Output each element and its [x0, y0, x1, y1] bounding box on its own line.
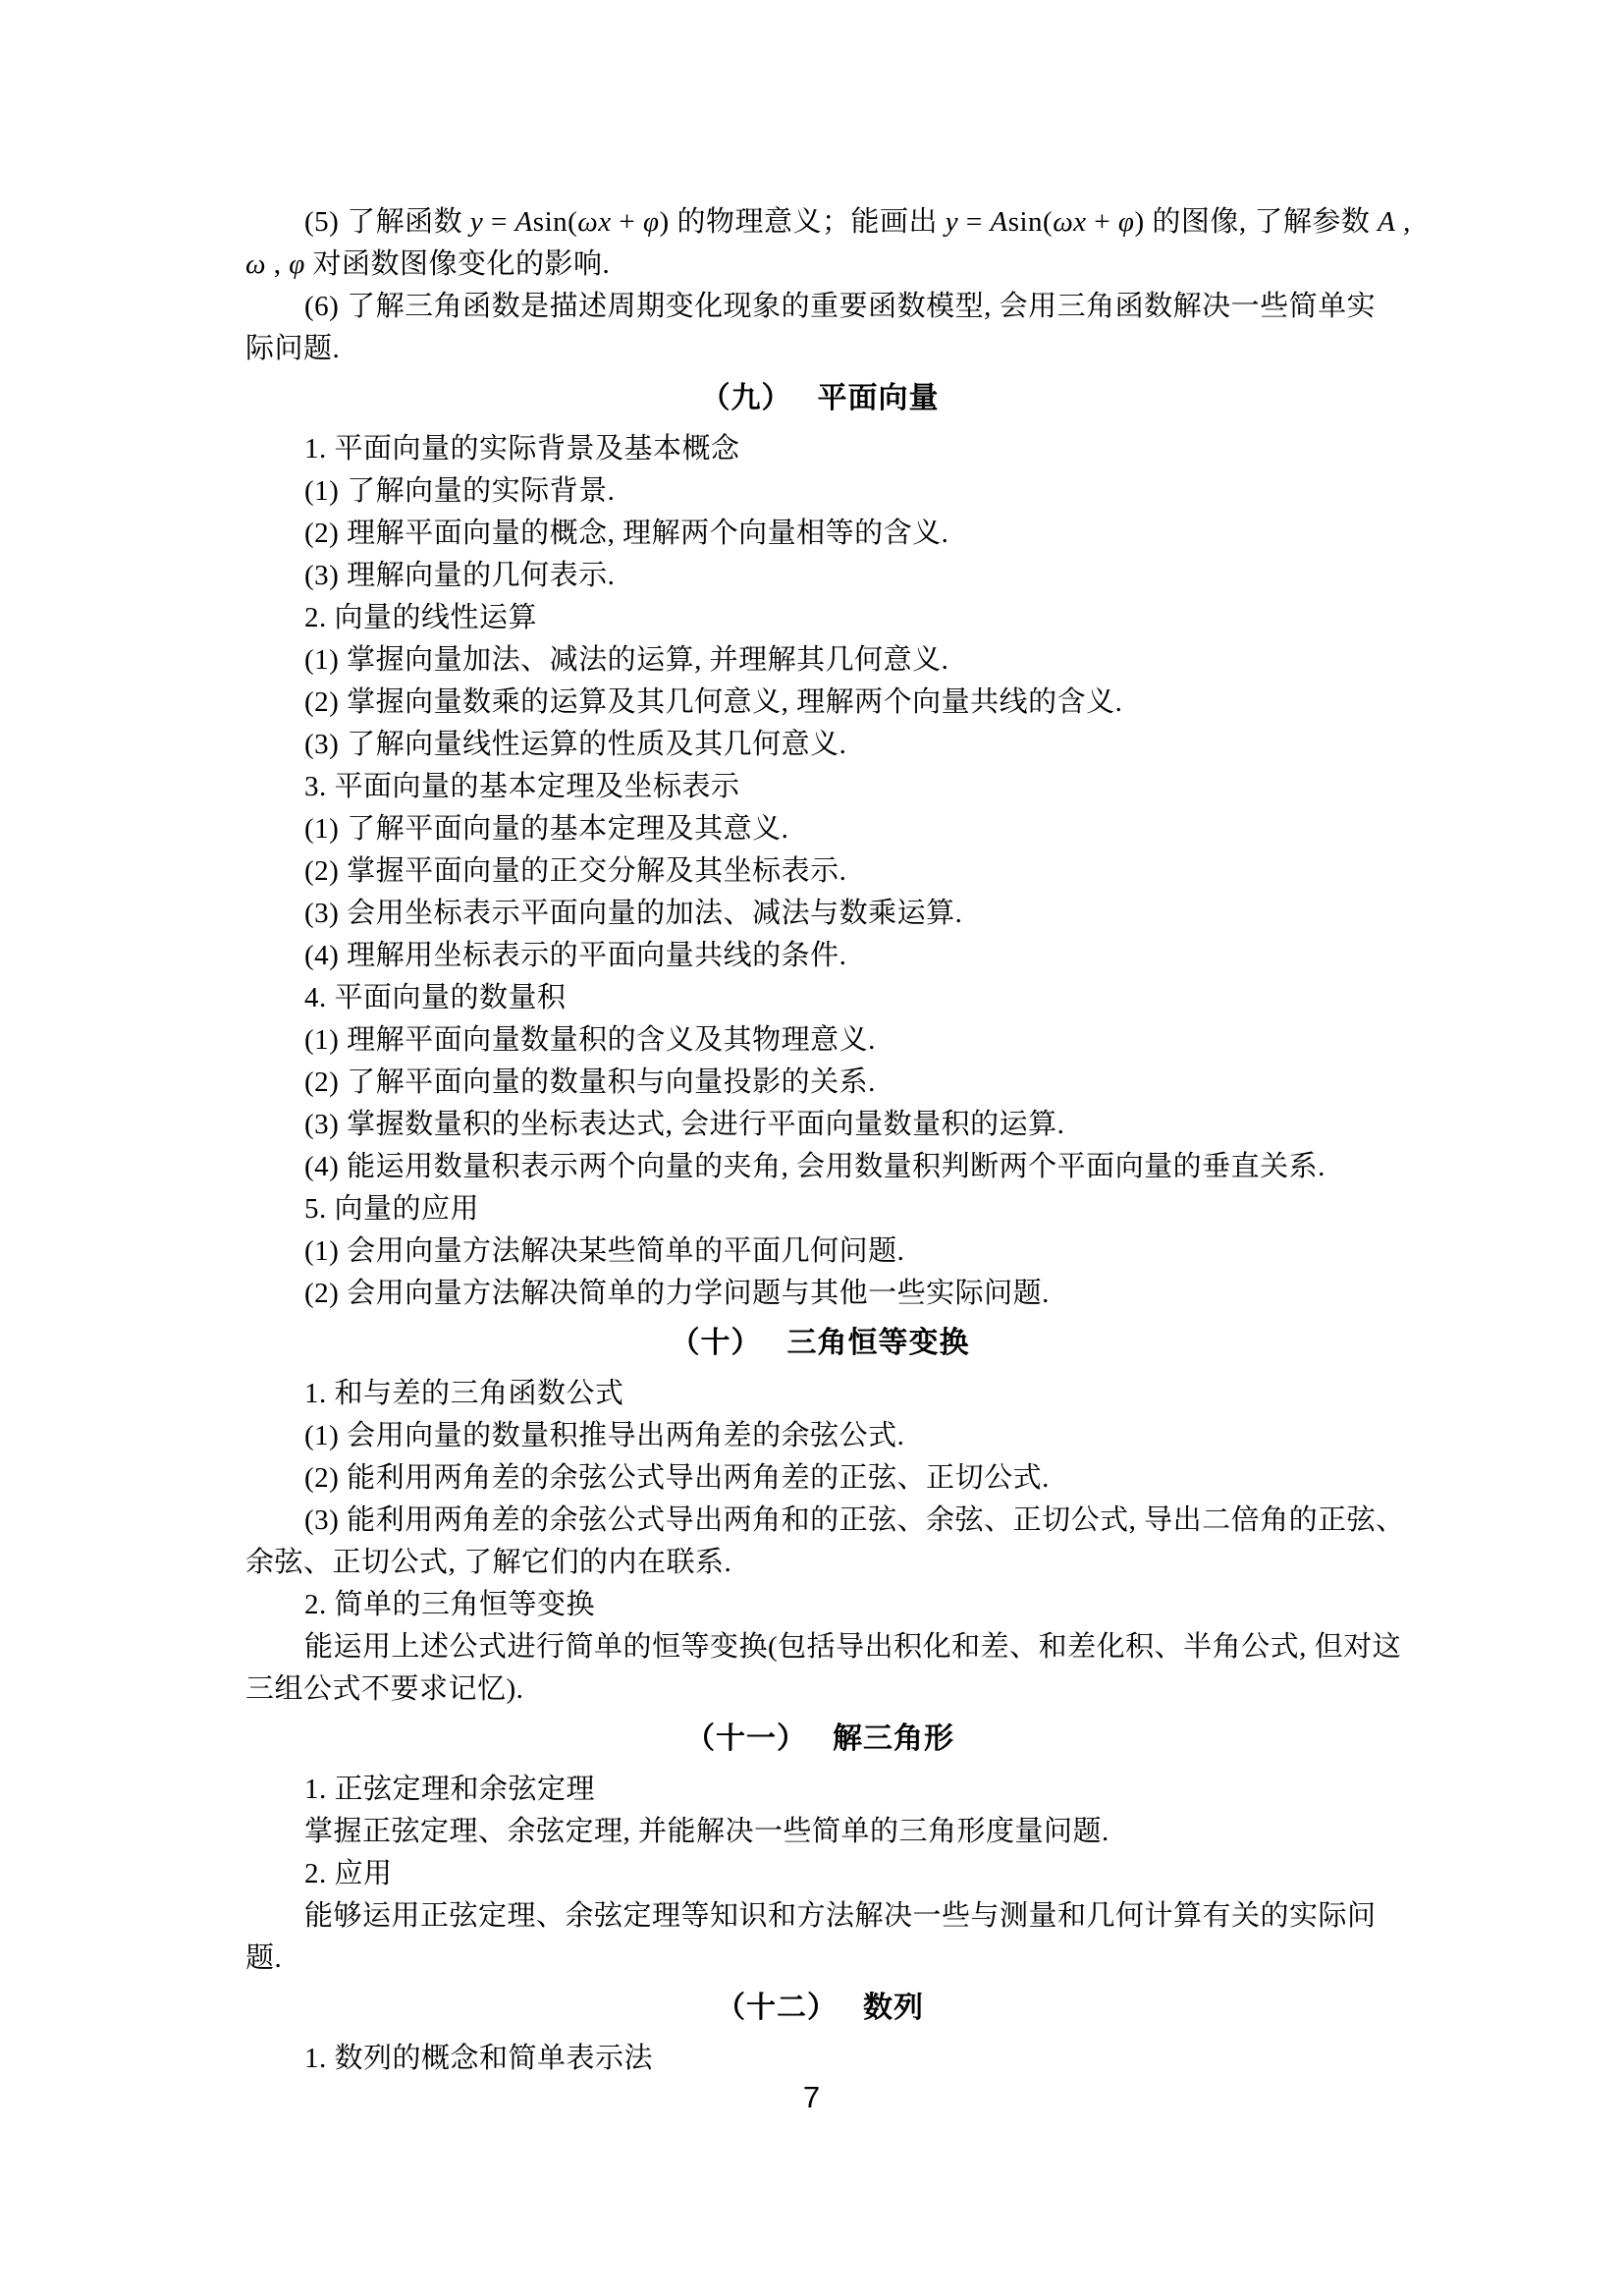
text-line: 2. 简单的三角恒等变换	[245, 1584, 1394, 1626]
math-run: ωx	[1053, 206, 1086, 238]
text-line: 际问题.	[245, 328, 1394, 370]
text-run: 对函数图像变化的影响.	[305, 248, 611, 280]
text-line: (1) 会用向量方法解决某些简单的平面几何问题.	[245, 1230, 1394, 1273]
text-line: 能够运用正弦定理、余弦定理等知识和方法解决一些与测量和几何计算有关的实际问	[245, 1895, 1394, 1938]
text-line: 3. 平面向量的基本定理及坐标表示	[245, 766, 1394, 808]
text-line: (1) 理解平面向量数量积的含义及其物理意义.	[245, 1019, 1394, 1062]
section-title: 三角恒等变换	[787, 1327, 970, 1359]
document-page: (5) 了解函数 y = Asin(ωx + φ) 的物理意义；能画出 y = …	[0, 0, 1623, 2296]
section-heading: （九）平面向量	[245, 377, 1394, 419]
math-run: sin(	[1008, 206, 1054, 238]
text-line: (1) 会用向量的数量积推导出两角差的余弦公式.	[245, 1415, 1394, 1457]
text-line: (1) 掌握向量加法、减法的运算, 并理解其几何意义.	[245, 639, 1394, 682]
text-line: 2. 应用	[245, 1853, 1394, 1895]
text-line: (2) 理解平面向量的概念, 理解两个向量相等的含义.	[245, 513, 1394, 555]
page-number: 7	[0, 2080, 1623, 2115]
text-line: (4) 能运用数量积表示两个向量的夹角, 会用数量积判断两个平面向量的垂直关系.	[245, 1146, 1394, 1188]
text-line: 掌握正弦定理、余弦定理, 并能解决一些简单的三角形度量问题.	[245, 1811, 1394, 1853]
section-number: （十）	[671, 1327, 762, 1359]
math-run: ω	[245, 248, 266, 280]
text-run: 的物理意义；能画出	[676, 206, 945, 238]
math-run: φ	[643, 206, 660, 238]
math-run: φ	[289, 248, 305, 280]
math-run: =	[483, 206, 514, 238]
text-line: (2) 掌握平面向量的正交分解及其坐标表示.	[245, 850, 1394, 893]
text-line: 1. 正弦定理和余弦定理	[245, 1769, 1394, 1811]
text-run: 的图像, 了解参数	[1152, 206, 1378, 238]
text-line: 能运用上述公式进行简单的恒等变换(包括导出积化和差、和差化积、半角公式, 但对这	[245, 1626, 1394, 1668]
text-line: (5) 了解函数 y = Asin(ωx + φ) 的物理意义；能画出 y = …	[245, 201, 1394, 244]
text-line: (2) 了解平面向量的数量积与向量投影的关系.	[245, 1062, 1394, 1104]
text-line: (4) 理解用坐标表示的平面向量共线的条件.	[245, 935, 1394, 977]
section-title: 平面向量	[818, 382, 940, 414]
document-body: (5) 了解函数 y = Asin(ωx + φ) 的物理意义；能画出 y = …	[245, 201, 1394, 2080]
math-run: =	[958, 206, 990, 238]
text-line: (1) 了解向量的实际背景.	[245, 470, 1394, 513]
text-line: 余弦、正切公式, 了解它们的内在联系.	[245, 1542, 1394, 1584]
section-number: （十二）	[716, 1992, 838, 2024]
text-line: (3) 理解向量的几何表示.	[245, 555, 1394, 597]
text-line: (2) 会用向量方法解决简单的力学问题与其他一些实际问题.	[245, 1273, 1394, 1315]
math-run: A	[990, 206, 1007, 238]
text-line: ω , φ 对函数图像变化的影响.	[245, 244, 1394, 286]
text-line: 5. 向量的应用	[245, 1188, 1394, 1230]
text-line: 三组公式不要求记忆).	[245, 1668, 1394, 1711]
math-run: φ	[1118, 206, 1135, 238]
text-line: (6) 了解三角函数是描述周期变化现象的重要函数模型, 会用三角函数解决一些简单…	[245, 286, 1394, 328]
math-run: +	[612, 206, 643, 238]
math-run: sin(	[533, 206, 578, 238]
math-run: ωx	[577, 206, 611, 238]
section-title: 解三角形	[833, 1722, 954, 1755]
text-line: (2) 掌握向量数乘的运算及其几何意义, 理解两个向量共线的含义.	[245, 682, 1394, 724]
section-number: （十一）	[685, 1722, 807, 1755]
section-heading: （十一）解三角形	[245, 1718, 1394, 1760]
text-line: (2) 能利用两角差的余弦公式导出两角差的正弦、正切公式.	[245, 1457, 1394, 1500]
math-run: y	[946, 206, 958, 238]
math-run: A	[515, 206, 533, 238]
text-line: (3) 掌握数量积的坐标表达式, 会进行平面向量数量积的运算.	[245, 1104, 1394, 1146]
text-run: (5) 了解函数	[304, 206, 470, 238]
section-title: 数列	[863, 1992, 924, 2024]
text-run: ,	[1395, 206, 1411, 238]
text-line: 1. 平面向量的实际背景及基本概念	[245, 428, 1394, 470]
text-line: 1. 和与差的三角函数公式	[245, 1373, 1394, 1415]
section-heading: （十）三角恒等变换	[245, 1322, 1394, 1364]
text-line: 题.	[245, 1938, 1394, 1980]
math-run: +	[1087, 206, 1118, 238]
text-line: (3) 会用坐标表示平面向量的加法、减法与数乘运算.	[245, 893, 1394, 935]
section-number: （九）	[701, 382, 792, 414]
math-run: y	[470, 206, 483, 238]
text-line: 2. 向量的线性运算	[245, 597, 1394, 639]
text-line: 1. 数列的概念和简单表示法	[245, 2038, 1394, 2080]
text-line: (1) 了解平面向量的基本定理及其意义.	[245, 808, 1394, 850]
text-line: (3) 能利用两角差的余弦公式导出两角和的正弦、余弦、正切公式, 导出二倍角的正…	[245, 1500, 1394, 1542]
text-line: (3) 了解向量线性运算的性质及其几何意义.	[245, 724, 1394, 766]
section-heading: （十二）数列	[245, 1987, 1394, 2029]
math-run: )	[660, 206, 677, 238]
math-run: A	[1378, 206, 1395, 238]
math-run: )	[1134, 206, 1152, 238]
text-run: ,	[266, 248, 289, 280]
text-line: 4. 平面向量的数量积	[245, 977, 1394, 1019]
